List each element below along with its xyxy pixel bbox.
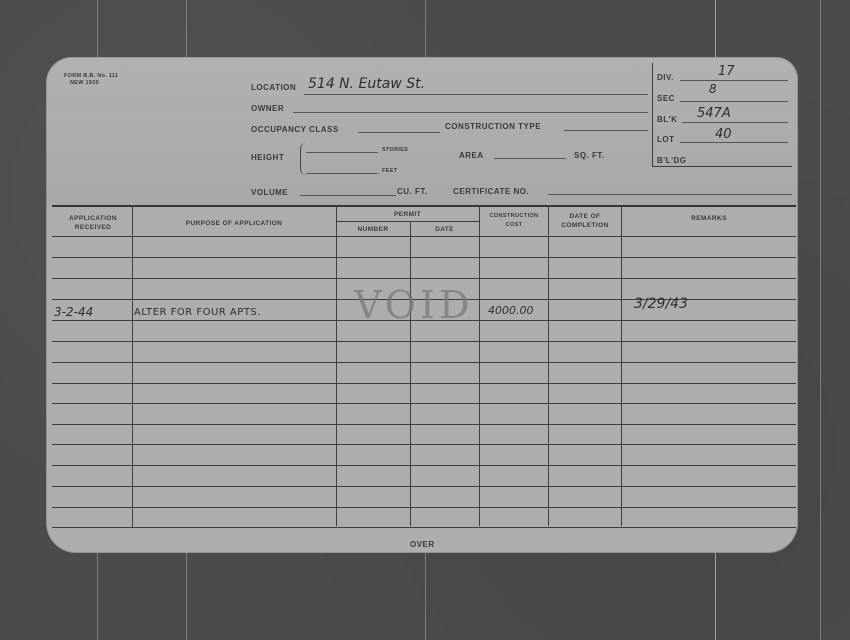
row-1-received: 3-2-44 [54,305,93,319]
bldg-label: B'L'DG [657,156,686,165]
div-line [680,80,788,81]
col-header-completion: DATE OF COMPLETION [549,212,621,230]
sqft-label: SQ. FT. [574,151,605,160]
location-line [304,94,648,95]
row-1-purpose: ALTER FOR FOUR APTS. [134,307,261,318]
col-header-permit-number: NUMBER [336,225,410,234]
col-divider [479,206,480,526]
row-line [52,362,796,363]
form-revision: NEW 1930 [70,80,99,86]
height-brace [300,143,307,175]
location-label: LOCATION [251,83,296,92]
col-divider [621,206,622,526]
col-divider [548,206,549,526]
col-header-purpose: PURPOSE OF APPLICATION [134,219,334,228]
form-number: FORM B.B. No. 111 [64,73,118,79]
cuft-label: CU. FT. [397,187,428,196]
row-line [52,486,796,487]
volume-label: VOLUME [251,188,288,197]
construction-type-label: CONSTRUCTION TYPE [445,122,541,131]
row-line [52,383,796,384]
col-header-received: APPLICATION RECEIVED [54,214,132,232]
stories-label: STORIES [382,147,408,153]
col-divider [336,206,337,526]
sec-label: SEC [657,94,675,103]
id-box-bottom [652,166,792,167]
owner-label: OWNER [251,104,284,113]
blk-value: 547A [697,106,731,121]
id-box-border [652,63,653,167]
area-line [494,158,566,159]
col-header-permit-date: DATE [410,225,479,234]
film-scratch [820,0,821,640]
col-divider [410,221,411,526]
lot-value: 40 [715,127,732,142]
row-line [52,403,796,404]
over-label: OVER [410,540,435,549]
row-line [52,257,796,258]
owner-line [293,112,648,113]
certificate-line [548,194,792,195]
void-stamp: VOID [354,283,473,327]
volume-line [300,195,396,196]
row-1-cost: 4000.00 [488,304,534,317]
table-top-border [52,205,796,207]
stories-line [306,152,378,153]
sec-line [680,101,788,102]
row-line [52,507,796,508]
col-header-remarks: REMARKS [623,214,795,223]
lot-line [680,142,788,143]
occupancy-class-line [358,132,440,133]
area-label: AREA [459,151,484,160]
certificate-label: CERTIFICATE NO. [453,187,529,196]
col-header-permit: PERMIT [336,210,479,219]
div-label: DIV. [657,73,674,82]
sec-value: 8 [709,82,717,96]
row-line [52,444,796,445]
col-header-cost: CONSTRUCTION COST [481,212,547,230]
row-line [52,465,796,466]
location-value: 514 N. Eutaw St. [308,76,425,92]
height-label: HEIGHT [251,153,284,162]
feet-label: FEET [382,168,397,174]
row-line [52,424,796,425]
div-value: 17 [718,64,735,79]
table-header-bottom [52,236,796,237]
feet-line [306,173,378,174]
blk-line [682,122,788,123]
blk-label: BL'K [657,115,677,124]
row-1-remarks: 3/29/43 [634,296,688,312]
row-line [52,341,796,342]
col-divider [132,206,133,528]
row-line [52,527,796,528]
occupancy-class-label: OCCUPANCY CLASS [251,125,339,134]
construction-type-line [564,130,648,131]
row-line [52,278,796,279]
lot-label: LOT [657,135,675,144]
permit-subheader-line [336,221,479,222]
